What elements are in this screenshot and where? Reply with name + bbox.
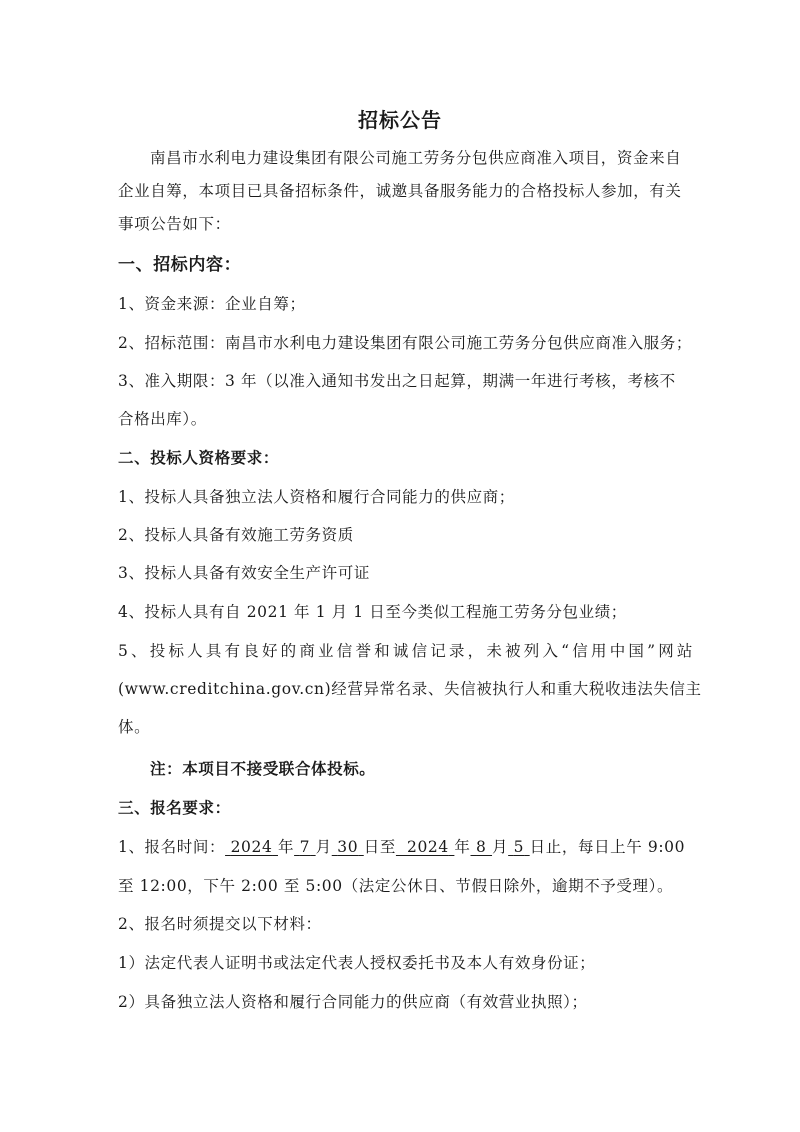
day-to-label: 日至: [364, 838, 396, 856]
intro-line-1: 南昌市水利电力建设集团有限公司施工劳务分包供应商准入项目，资金来自: [150, 146, 681, 168]
tender-content-item: 1、资金来源：企业自筹；: [118, 292, 306, 314]
month-label: 月: [492, 838, 508, 856]
end-year: 2024: [396, 838, 454, 856]
month-label: 月: [316, 838, 332, 856]
intro-line-3: 事项公告如下：: [118, 212, 231, 234]
registration-time-suffix: 日止，每日上午 9:00: [530, 838, 685, 856]
qualification-item: 2、投标人具备有效施工劳务资质: [118, 523, 354, 545]
material-item: 2）具备独立法人资格和履行合同能力的供应商（有效营业执照）；: [118, 990, 588, 1012]
intro-line-2: 企业自筹，本项目已具备招标条件，诚邀具备服务能力的合格投标人参加，有关: [118, 179, 682, 201]
material-item: 1）法定代表人证明书或法定代表人授权委托书及本人有效身份证；: [118, 951, 595, 973]
end-day: 5: [508, 838, 530, 856]
materials-heading: 2、报名时须提交以下材料：: [118, 912, 322, 934]
section-heading-tender-content: 一、招标内容：: [118, 250, 241, 275]
start-day: 30: [332, 838, 364, 856]
registration-time-line: 1、报名时间： 2024 年 7 月 30 日至 2024 年 8 月 5 日止…: [118, 835, 685, 857]
qualification-item-cont: 体。: [118, 715, 150, 737]
end-month: 8: [471, 838, 493, 856]
qualification-item: 4、投标人具有自 2021 年 1 月 1 日至今类似工程施工劳务分包业绩；: [118, 600, 627, 622]
qualification-item: 1、投标人具备独立法人资格和履行合同能力的供应商；: [118, 485, 515, 507]
document-page: 招标公告 南昌市水利电力建设集团有限公司施工劳务分包供应商准入项目，资金来自 企…: [0, 0, 800, 1132]
start-year: 2024: [225, 838, 278, 856]
year-label: 年: [278, 838, 294, 856]
tender-content-item-cont: 合格出库）。: [118, 407, 207, 429]
note-no-consortium: 注：本项目不接受联合体投标。: [150, 757, 375, 779]
start-month: 7: [294, 838, 316, 856]
qualification-item-cont: (www.creditchina.gov.cn)经营异常名录、失信被执行人和重大…: [118, 677, 702, 699]
registration-time-prefix: 1、报名时间：: [118, 838, 225, 856]
section-heading-qualifications: 二、投标人资格要求：: [118, 446, 279, 468]
qualification-item: 3、投标人具备有效安全生产许可证: [118, 561, 370, 583]
registration-hours-line: 至 12:00，下午 2:00 至 5:00（法定公休日、节假日除外，逾期不予受…: [118, 874, 673, 896]
tender-content-item: 2、招标范围：南昌市水利电力建设集团有限公司施工劳务分包供应商准入服务；: [118, 331, 692, 353]
tender-content-item: 3、准入期限：3 年（以准入通知书发出之日起算，期满一年进行考核，考核不: [118, 369, 676, 391]
section-heading-registration: 三、报名要求：: [118, 796, 231, 818]
qualification-item: 5、投标人具有良好的商业信誉和诚信记录，未被列入“信用中国”网站: [118, 639, 696, 661]
page-title: 招标公告: [0, 104, 800, 133]
year-label: 年: [454, 838, 470, 856]
